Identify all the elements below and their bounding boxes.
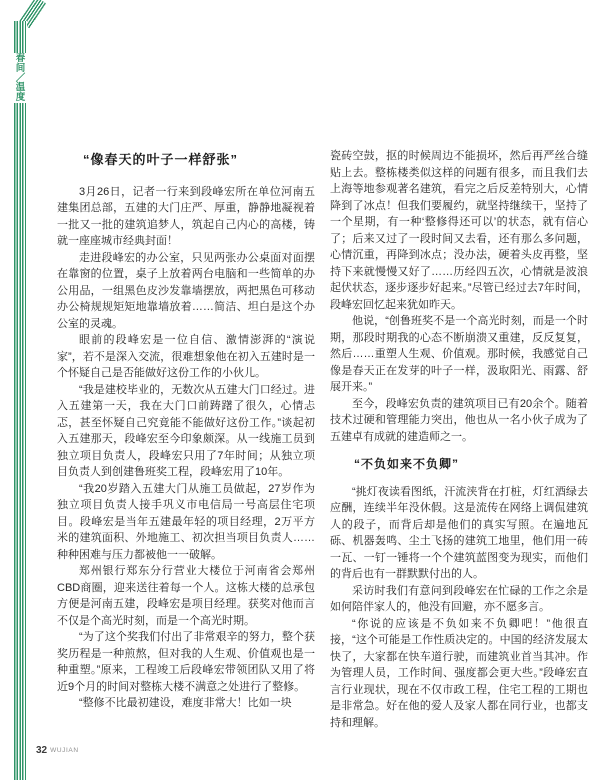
paragraph: 他说，“创鲁班奖不是一个高光时刻，而是一个时期，那段时期我的心态不断崩溃又重建，… [330,313,588,396]
left-column: “像春天的叶子一样舒张” 3月26日，记者一行来到段峰宏所在单位河南五建集团总部… [57,148,315,766]
magazine-page: 春间／温度 “像春天的叶子一样舒张” 3月26日，记者一行来到段峰宏所在单位河南… [0,0,609,780]
paragraph: “我20岁踏入五建大门从施工员做起，27岁作为独立项目负责人接手巩义市电信局一号… [57,481,315,564]
page-footer: 32WUJIAN [36,740,83,758]
section-label: 春间／温度 [14,54,27,103]
paragraph: 郑州银行郑东分行营业大楼位于河南省会郑州CBD商圈，迎来送往着每一个人。这栋大楼… [57,563,315,629]
ribbon-stripes-bottom [14,103,27,780]
paragraph-continuation: 瓷砖空鼓，抠的时候周边不能损坏，然后再严丝合缝贴上去。整栋楼类似这样的问题有很多… [330,148,588,313]
paragraph: 眼前的段峰宏是一位自信、激情澎湃的“演说家”，若不是深入交流，很难想象他在初入五… [57,332,315,382]
page-number: 32 [36,745,47,756]
right-column: 瓷砖空鼓，抠的时候周边不能损坏，然后再严丝合缝贴上去。整栋楼类似这样的问题有很多… [330,148,588,766]
article-title: “像春天的叶子一样舒张” [57,152,315,169]
subsection-title: “不负如来不负卿” [330,456,588,473]
ribbon-decoration: 春间／温度 [14,0,28,780]
paragraph: “挑灯夜读看图纸，汗流浃背在打桩，灯红酒绿去应酬，连续半年没休假。这是流传在网络… [330,484,588,583]
paragraph: “你说的应该是不负如来不负卿吧！”他很直接，“这个可能是工作性质决定的。中国的经… [330,616,588,732]
paragraph: 3月26日，记者一行来到段峰宏所在单位河南五建集团总部，五建的大门庄严、厚重，静… [57,184,315,250]
magazine-name: WUJIAN [50,747,79,754]
paragraph: 至今，段峰宏负责的建筑项目已有20余个。随着技术过硬和管理能力突出，他也从一名小… [330,396,588,446]
paragraph: “为了这个奖我们付出了非常艰辛的努力，整个获奖历程是一种煎熬，但对我的人生观、价… [57,629,315,695]
paragraph: 采访时我们有意问到段峰宏在忙碌的工作之余是如何陪伴家人的，他没有回避，亦不愿多言… [330,583,588,616]
paragraph: “我是建校毕业的，无数次从五建大门口经过。进入五建第一天，我在大门口前踌躇了很久… [57,382,315,481]
ribbon-stripes-top [14,21,27,53]
paragraph: “整修不比最初建设，难度非常大！比如一块 [57,695,315,712]
paragraph: 走进段峰宏的办公室，只见两张办公桌面对面摆在靠窗的位置，桌子上放着两台电脑和一些… [57,250,315,333]
